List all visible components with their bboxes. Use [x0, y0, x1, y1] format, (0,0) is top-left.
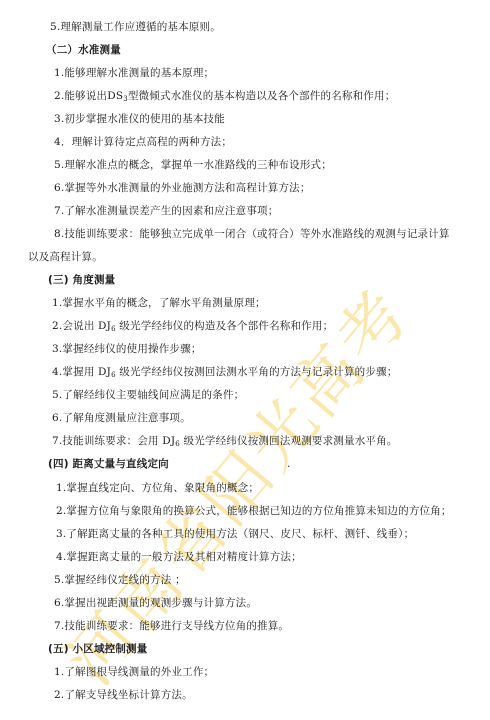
text-line: 1.了解图根导线测量的外业工作；	[54, 665, 214, 679]
text-line: 7.技能训练要求：会用 DJ6 级光学经纬仪按测回法观测要求测量水平角。	[52, 434, 398, 448]
text-line: 5.理解测量工作应遵循的基本原则。	[50, 20, 221, 34]
text-segment: 4.掌握用 DJ	[52, 366, 111, 378]
text-line: 7.技能训练要求：能够进行支导线方位角的推算。	[54, 619, 289, 633]
text-line: 2.能够说出DS3型微倾式水准仪的基本构造以及各个部件的名称和作用；	[54, 89, 395, 103]
text-line: 以及高程计算。	[28, 250, 103, 264]
text-line: 1.能够理解水准测量的基本原理；	[54, 66, 214, 80]
text-segment: 2.能够说出DS	[54, 90, 123, 102]
text-segment: 型微倾式水准仪的基本构造以及各个部件的名称和作用；	[128, 90, 396, 102]
text-segment: 级光学经纬仪按测回法测水平角的方法与记录计算的步骤；	[116, 366, 398, 378]
text-segment: 级光学经纬仪按测回法观测要求测量水平角。	[180, 435, 398, 447]
section-heading: （二）水准测量	[46, 43, 121, 57]
section-heading: (五) 小区域控制测量	[48, 642, 147, 656]
section-heading: (三) 角度测量	[48, 273, 115, 287]
text-segment: 级光学经纬仪的构造及各个部件名称和作用；	[116, 320, 334, 332]
text-line: .	[287, 457, 291, 471]
text-line: 4.掌握距离丈量的一般方法及其相对精度计算方法；	[56, 550, 302, 564]
text-line: 2.了解支导线坐标计算方法。	[54, 688, 193, 702]
text-line: 4．理解计算待定点高程的两种方法；	[54, 135, 232, 149]
document-page: 河南省阳光高考 5.理解测量工作应遵循的基本原则。（二）水准测量1.能够理解水准…	[0, 0, 490, 720]
text-segment: 7.技能训练要求：会用 DJ	[52, 435, 175, 447]
text-line: 2.会说出 DJ6 级光学经纬仪的构造及各个部件名称和作用；	[52, 319, 333, 333]
text-line: 1.掌握直线定向、方位角、象限角的概念；	[56, 481, 259, 495]
text-line: 5.了解经纬仪主要轴线间应满足的条件；	[52, 388, 244, 402]
text-line: 8.技能训练要求：能够独立完成单一闭合（或符合）等外水准路线的观测与记录计算	[54, 227, 450, 241]
text-line: 3.了解距离丈量的各种工具的使用方法（钢尺、皮尺、标杆、测钎、线垂）；	[56, 527, 414, 541]
text-line: 7.了解水准测量误差产生的因素和应注意事项；	[54, 204, 278, 218]
text-line: 6.掌握出视距测量的观测步骤与计算方法。	[54, 596, 257, 610]
text-line: 6.掌握等外水准测量的外业施测方法和高程计算方法；	[54, 181, 311, 195]
text-line: 3.掌握经纬仪的使用操作步骤；	[52, 342, 202, 356]
text-line: 5.掌握经纬仪定线的方法 ；	[54, 573, 186, 587]
text-line: 5.理解水准点的概念，掌握单一水准路线的三种布设形式；	[54, 158, 332, 172]
section-heading: (四) 距离丈量与直线定向	[48, 457, 169, 471]
text-line: 2.掌握方位角与象限角的换算公式，能够根据已知边的方位角推算未知边的方位角；	[56, 504, 452, 518]
text-segment: 2.会说出 DJ	[52, 320, 111, 332]
text-line: 1.掌握水平角的概念，了解水平角测量原理；	[52, 296, 266, 310]
text-line: 6.了解角度测量应注意事项。	[52, 411, 191, 425]
text-line: 3.初步掌握水准仪的使用的基本技能	[54, 112, 225, 126]
text-line: 4.掌握用 DJ6 级光学经纬仪按测回法测水平角的方法与记录计算的步骤；	[52, 365, 398, 379]
